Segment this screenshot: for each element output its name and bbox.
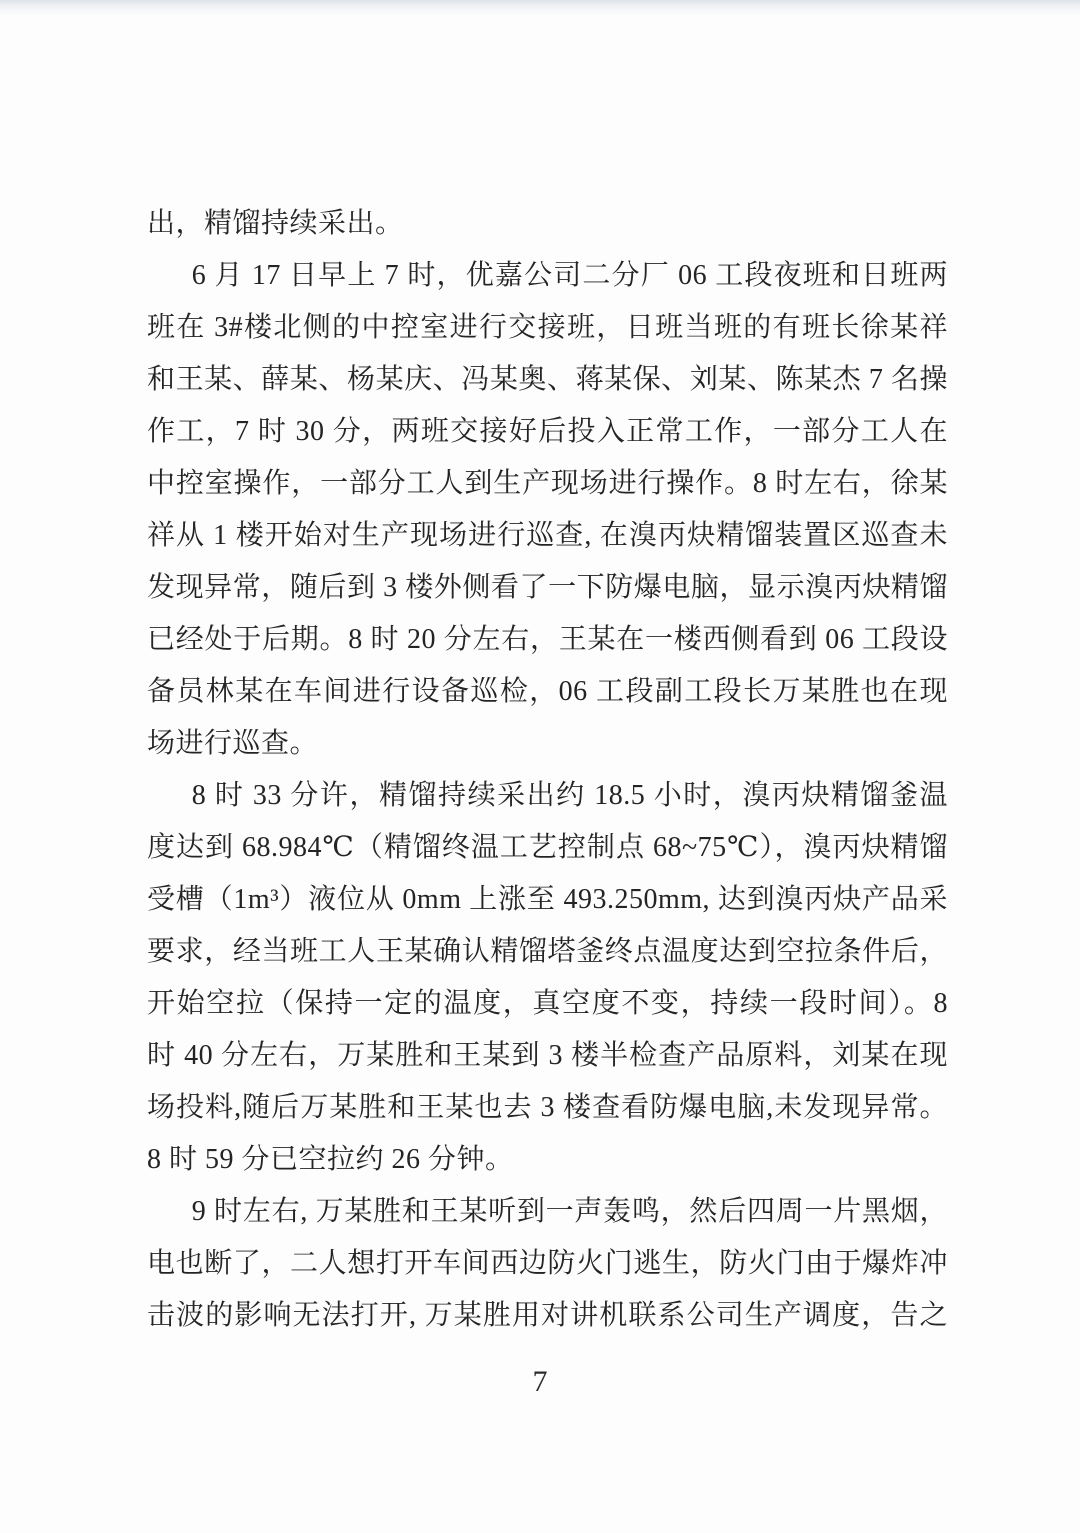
text-line: 班在 3#楼北侧的中控室进行交接班，日班当班的有班长徐某祥 xyxy=(147,302,948,354)
text-line: 备员林某在车间进行设备巡检，06 工段副工段长万某胜也在现 xyxy=(147,666,948,718)
text-line: 场进行巡查。 xyxy=(147,718,948,770)
text-line: 已经处于后期。8 时 20 分左右，王某在一楼西侧看到 06 工段设 xyxy=(147,614,948,666)
text-line: 祥从 1 楼开始对生产现场进行巡查, 在溴丙炔精馏装置区巡查未 xyxy=(147,510,948,562)
text-line: 中控室操作，一部分工人到生产现场进行操作。8 时左右，徐某 xyxy=(147,458,948,510)
text-line: 击波的影响无法打开, 万某胜用对讲机联系公司生产调度，告之 xyxy=(147,1290,948,1342)
page-number: 7 xyxy=(0,1360,1080,1404)
text-line: 和王某、薛某、杨某庆、冯某奥、蒋某保、刘某、陈某杰 7 名操 xyxy=(147,354,948,406)
text-line: 出，精馏持续采出。 xyxy=(147,198,948,250)
scan-edge-artifact xyxy=(0,0,1080,16)
text-line: 8 时 59 分已空拉约 26 分钟。 xyxy=(147,1134,948,1186)
text-line: 9 时左右, 万某胜和王某听到一声轰鸣，然后四周一片黑烟， xyxy=(147,1186,948,1238)
text-line: 6 月 17 日早上 7 时，优嘉公司二分厂 06 工段夜班和日班两 xyxy=(147,250,948,302)
text-line: 8 时 33 分许，精馏持续采出约 18.5 小时，溴丙炔精馏釜温 xyxy=(147,770,948,822)
text-line: 开始空拉（保持一定的温度，真空度不变，持续一段时间）。8 xyxy=(147,978,948,1030)
document-page: 出，精馏持续采出。6 月 17 日早上 7 时，优嘉公司二分厂 06 工段夜班和… xyxy=(0,0,1080,1533)
text-line: 要求，经当班工人王某确认精馏塔釜终点温度达到空拉条件后， xyxy=(147,926,948,978)
text-line: 作工，7 时 30 分，两班交接好后投入正常工作，一部分工人在 xyxy=(147,406,948,458)
text-line: 受槽（1m³）液位从 0mm 上涨至 493.250mm, 达到溴丙炔产品采出 xyxy=(147,874,948,926)
text-line: 发现异常，随后到 3 楼外侧看了一下防爆电脑，显示溴丙炔精馏 xyxy=(147,562,948,614)
text-body: 出，精馏持续采出。6 月 17 日早上 7 时，优嘉公司二分厂 06 工段夜班和… xyxy=(147,198,948,1342)
text-line: 度达到 68.984℃（精馏终温工艺控制点 68~75℃），溴丙炔精馏 xyxy=(147,822,948,874)
text-line: 场投料,随后万某胜和王某也去 3 楼查看防爆电脑,未发现异常。 xyxy=(147,1082,948,1134)
text-line: 时 40 分左右，万某胜和王某到 3 楼半检查产品原料，刘某在现 xyxy=(147,1030,948,1082)
text-line: 电也断了，二人想打开车间西边防火门逃生，防火门由于爆炸冲 xyxy=(147,1238,948,1290)
